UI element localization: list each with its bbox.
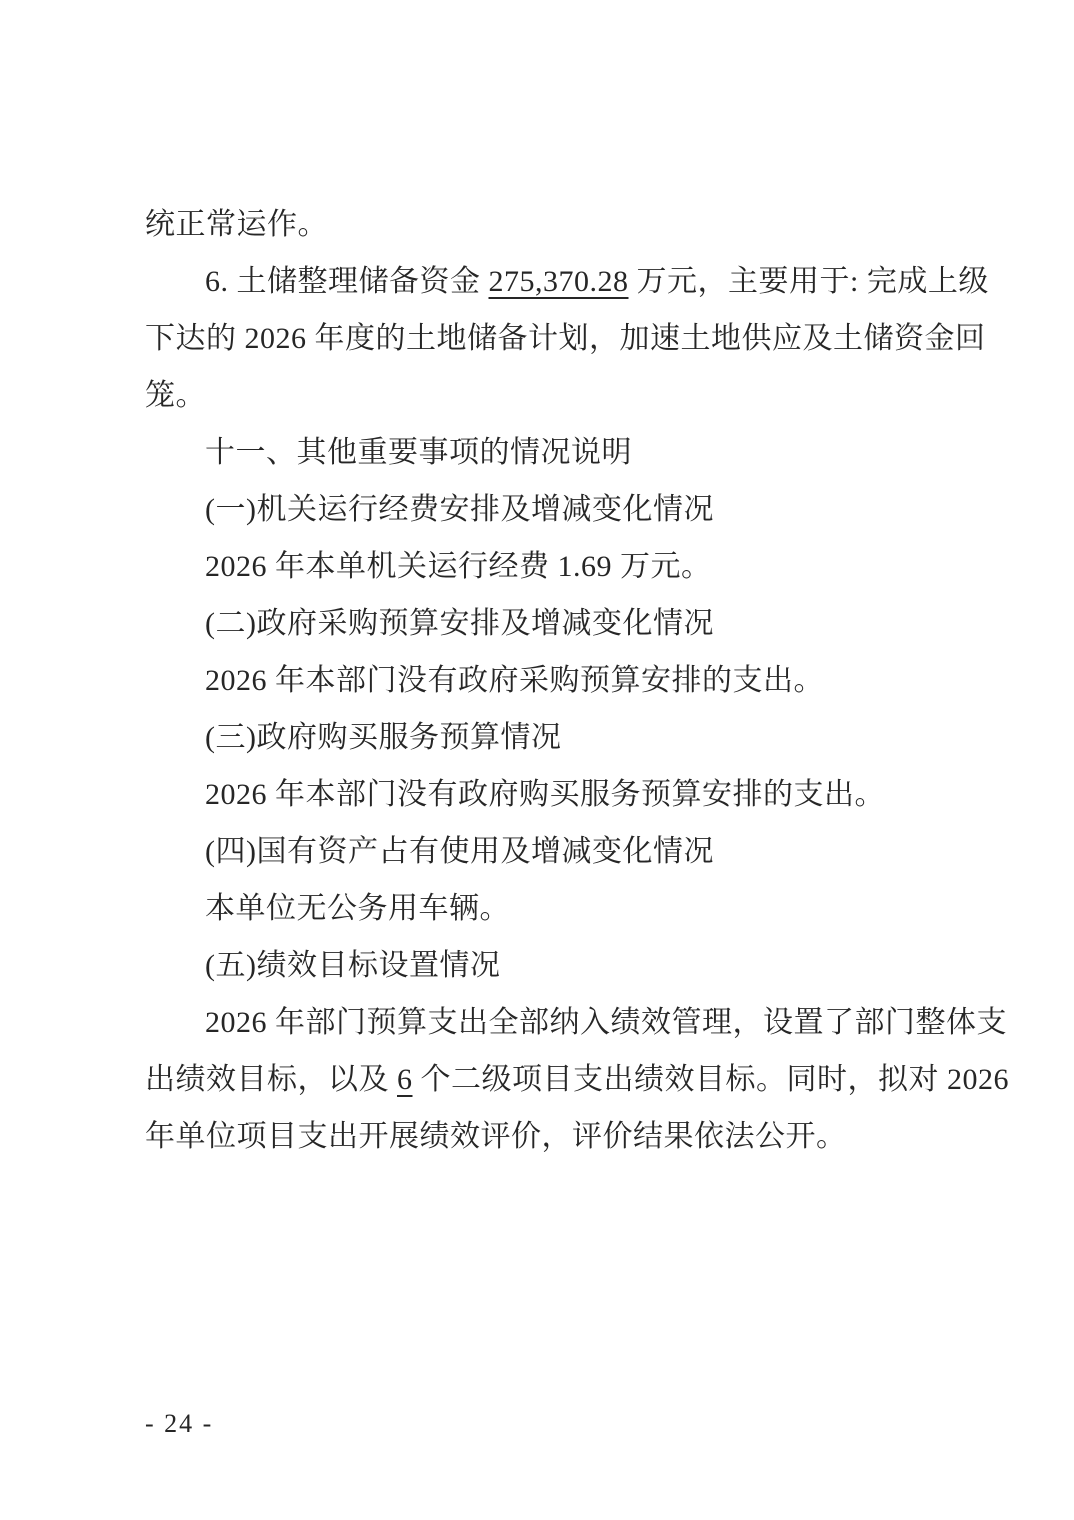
text-line: 年单位项目支出开展绩效评价，评价结果依法公开。: [145, 1108, 935, 1165]
text-run: 笼。: [145, 379, 206, 412]
document-body: 统正常运作。6. 土储整理储备资金 275,370.28 万元，主要用于: 完成…: [145, 196, 935, 1165]
page-footer: - 24 -: [145, 1408, 213, 1440]
text-run: 2026 年部门预算支出全部纳入绩效管理，设置了部门整体支: [205, 1006, 1007, 1039]
text-line: 本单位无公务用车辆。: [145, 880, 935, 937]
text-line: (三)政府购买服务预算情况: [145, 709, 935, 766]
text-run: 出绩效目标，以及: [145, 1063, 397, 1096]
text-line: 6. 土储整理储备资金 275,370.28 万元，主要用于: 完成上级: [145, 253, 935, 310]
text-run: 年单位项目支出开展绩效评价，评价结果依法公开。: [145, 1120, 847, 1153]
text-line: (一)机关运行经费安排及增减变化情况: [145, 481, 935, 538]
underlined-value: 6: [397, 1063, 413, 1096]
text-line: 2026 年本单机关运行经费 1.69 万元。: [145, 538, 935, 595]
text-line: 笼。: [145, 367, 935, 424]
text-run: (五)绩效目标设置情况: [205, 949, 500, 982]
text-run: 个二级项目支出绩效目标。同时，拟对 2026: [413, 1063, 1010, 1096]
text-line: 2026 年部门预算支出全部纳入绩效管理，设置了部门整体支: [145, 994, 935, 1051]
text-run: 下达的 2026 年度的土地储备计划，加速土地供应及土储资金回: [145, 322, 986, 355]
text-line: 2026 年本部门没有政府购买服务预算安排的支出。: [145, 766, 935, 823]
text-line: 出绩效目标，以及 6 个二级项目支出绩效目标。同时，拟对 2026: [145, 1051, 935, 1108]
text-line: (四)国有资产占有使用及增减变化情况: [145, 823, 935, 880]
text-run: (三)政府购买服务预算情况: [205, 721, 561, 754]
text-run: 2026 年本单机关运行经费 1.69 万元。: [205, 550, 712, 583]
text-run: 万元，主要用于: 完成上级: [629, 265, 989, 298]
text-run: 十一、其他重要事项的情况说明: [205, 436, 632, 469]
text-run: (一)机关运行经费安排及增减变化情况: [205, 493, 714, 526]
underlined-value: 275,370.28: [489, 265, 629, 298]
text-run: 6. 土储整理储备资金: [205, 265, 489, 298]
page-number: - 24 -: [145, 1409, 213, 1438]
text-line: (二)政府采购预算安排及增减变化情况: [145, 595, 935, 652]
text-run: (二)政府采购预算安排及增减变化情况: [205, 607, 714, 640]
text-run: 本单位无公务用车辆。: [205, 892, 510, 925]
text-run: 统正常运作。: [145, 208, 328, 241]
document-page: 统正常运作。6. 土储整理储备资金 275,370.28 万元，主要用于: 完成…: [0, 0, 1074, 1520]
text-line: (五)绩效目标设置情况: [145, 937, 935, 994]
text-line: 统正常运作。: [145, 196, 935, 253]
text-run: 2026 年本部门没有政府购买服务预算安排的支出。: [205, 778, 885, 811]
text-line: 2026 年本部门没有政府采购预算安排的支出。: [145, 652, 935, 709]
text-run: (四)国有资产占有使用及增减变化情况: [205, 835, 714, 868]
text-run: 2026 年本部门没有政府采购预算安排的支出。: [205, 664, 824, 697]
text-line: 下达的 2026 年度的土地储备计划，加速土地供应及土储资金回: [145, 310, 935, 367]
text-line: 十一、其他重要事项的情况说明: [145, 424, 935, 481]
